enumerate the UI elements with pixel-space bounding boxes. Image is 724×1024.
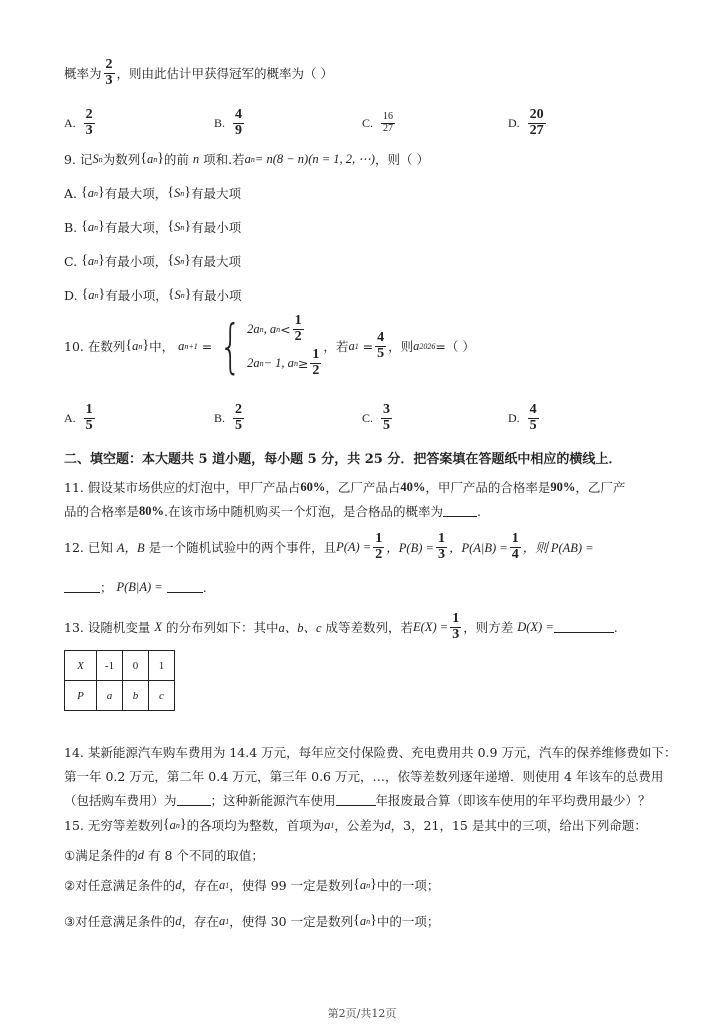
q14-line3: （包括购车费用）为 ；这种新能源汽车使用 年报废最合算（即该车使用的年平均费用最… xyxy=(64,791,651,809)
q9-option-c[interactable]: C. {an} 有最小项， {Sn} 有最大项 xyxy=(64,252,241,270)
q13-stem: 13. 设随机变量 X 的分布列如下：其中 a、b、c 成等差数列，若 E(X)… xyxy=(64,612,618,642)
table-cell: 0 xyxy=(123,651,149,681)
q15-proposition-1: ①满足条件的d 有 8 个不同的取值； xyxy=(64,846,264,864)
table-row: X -1 0 1 xyxy=(65,651,175,681)
table-cell: 1 xyxy=(149,651,175,681)
q10-option-d[interactable]: D. 45 xyxy=(508,403,541,433)
q8-option-d[interactable]: D. 2027 xyxy=(508,108,548,138)
answer-blank-years[interactable] xyxy=(336,794,376,806)
table-cell: c xyxy=(149,681,175,711)
section-title-fill-in: 二、填空题：本大题共 5 道小题，每小题 5 分，共 25 分．把答案填在答题纸… xyxy=(64,448,621,467)
q10-option-b[interactable]: B. 25 xyxy=(214,403,246,433)
q9-option-d[interactable]: D. {an} 有最小项， {Sn} 有最小项 xyxy=(64,286,242,304)
q15-proposition-2: ②对任意满足条件的d，存在 a1 ，使得 99 一定是数列 {an} 中的一项； xyxy=(64,876,439,894)
table-row: P a b c xyxy=(65,681,175,711)
q15-proposition-3: ③对任意满足条件的d，存在 a1 ，使得 30 一定是数列 {an} 中的一项； xyxy=(64,912,439,930)
piecewise-cases: 2an , an < 12 2an − 1, an ≥ 12 xyxy=(247,312,323,380)
table-cell: b xyxy=(123,681,149,711)
distribution-table: X -1 0 1 P a b c xyxy=(64,650,175,711)
table-cell: -1 xyxy=(97,651,123,681)
q12-line2: ； P(B|A) = . xyxy=(64,578,207,596)
q10-option-c[interactable]: C. 35 xyxy=(362,403,394,433)
q10-stem: 10. 在数列 {an} 中， an+1 = { 2an , an < 12 2… xyxy=(64,312,475,380)
answer-blank[interactable] xyxy=(443,505,477,517)
table-cell: X xyxy=(65,651,97,681)
fraction: 23 xyxy=(104,58,115,88)
answer-blank-pba[interactable] xyxy=(167,581,203,593)
answer-blank-pab[interactable] xyxy=(64,581,100,593)
answer-blank[interactable] xyxy=(554,621,614,633)
q8-option-c[interactable]: C. 1627 xyxy=(362,112,397,134)
text: ，则由此估计甲获得冠军的概率为（ ） xyxy=(117,64,333,82)
q15-stem: 15. 无穷等差数列 {an} 的各项均为整数，首项为 a1 ，公差为d ，3，… xyxy=(64,816,647,834)
page-number: 第2页/共12页 xyxy=(0,1005,724,1021)
table-cell: a xyxy=(97,681,123,711)
q9-option-b[interactable]: B. {an} 有最大项， {Sn} 有最小项 xyxy=(64,218,241,236)
q8-option-b[interactable]: B. 49 xyxy=(214,108,246,138)
q9-option-a[interactable]: A. {an} 有最大项， {Sn} 有最大项 xyxy=(64,184,241,202)
q10-option-a[interactable]: A. 15 xyxy=(64,403,97,433)
q14-line1: 14. 某新能源汽车购车费用为 14.4 万元，每年应交付保险费、充电费用共 0… xyxy=(64,743,676,761)
table-cell: P xyxy=(65,681,97,711)
answer-blank-total-cost[interactable] xyxy=(177,794,211,806)
q8-option-a[interactable]: A. 23 xyxy=(64,108,97,138)
q14-line2: 第一年 0.2 万元，第二年 0.4 万元，第三年 0.6 万元，…，依等差数列… xyxy=(64,767,663,785)
q9-stem: 9. 记 Sn 为数列 {an} 的前 n 项和.若 an = n(8 − n)… xyxy=(64,150,429,168)
q8-stem-tail: 概率为 23 ，则由此估计甲获得冠军的概率为（ ） xyxy=(64,58,333,88)
piecewise-brace: { xyxy=(220,317,242,375)
q11-line1: 11. 假设某市场供应的灯泡中，甲厂产品占60%，乙厂产品占40%，甲厂产品的合… xyxy=(64,478,625,496)
q11-line2: 品的合格率是80%.在该市场中随机购买一个灯泡，是合格品的概率为 . xyxy=(64,502,481,520)
q12-line1: 12. 已知 A，B 是一个随机试验中的两个事件，且 P(A) =12 ，P(B… xyxy=(64,532,594,562)
text: 概率为 xyxy=(64,64,102,82)
